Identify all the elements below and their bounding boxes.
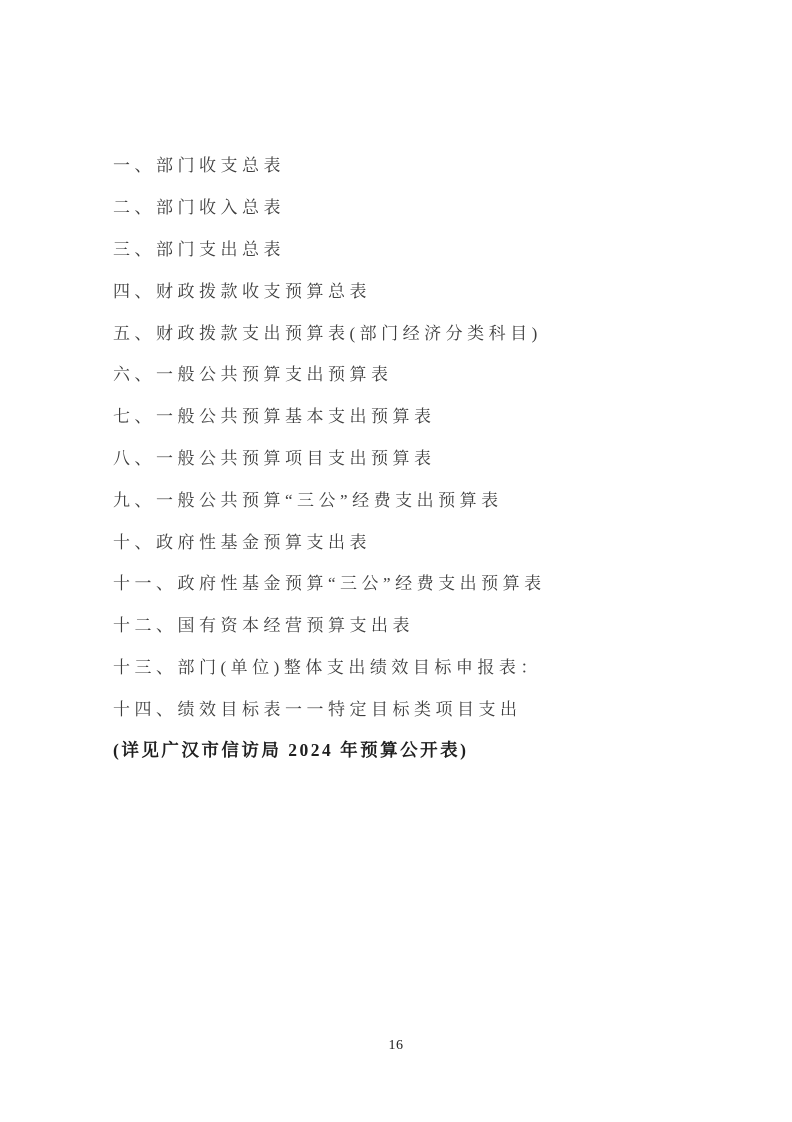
toc-item: 十三、部门(单位)整体支出绩效目标申报表：: [113, 645, 546, 687]
toc-item: 十一、政府性基金预算“三公”经费支出预算表: [113, 561, 546, 603]
toc-item: 九、一般公共预算“三公”经费支出预算表: [113, 477, 546, 519]
toc-item: 七、一般公共预算基本支出预算表: [113, 394, 546, 436]
toc-item: 一、部门收支总表: [113, 143, 546, 185]
toc-item: 十、政府性基金预算支出表: [113, 519, 546, 561]
table-of-contents: 一、部门收支总表 二、部门收入总表 三、部门支出总表 四、财政拨款收支预算总表 …: [113, 143, 546, 770]
toc-item: 四、财政拨款收支预算总表: [113, 268, 546, 310]
toc-item: 十二、国有资本经营预算支出表: [113, 603, 546, 645]
toc-item: 二、部门收入总表: [113, 185, 546, 227]
toc-item: 六、一般公共预算支出预算表: [113, 352, 546, 394]
toc-item: 十四、绩效目标表一一特定目标类项目支出: [113, 686, 546, 728]
toc-item: 五、财政拨款支出预算表(部门经济分类科目): [113, 310, 546, 352]
toc-item: 八、一般公共预算项目支出预算表: [113, 436, 546, 478]
toc-item: 三、部门支出总表: [113, 227, 546, 269]
page-number: 16: [0, 1038, 792, 1054]
summary-note: (详见广汉市信访局 2024 年预算公开表): [113, 728, 546, 770]
document-page: 一、部门收支总表 二、部门收入总表 三、部门支出总表 四、财政拨款收支预算总表 …: [0, 0, 792, 1122]
